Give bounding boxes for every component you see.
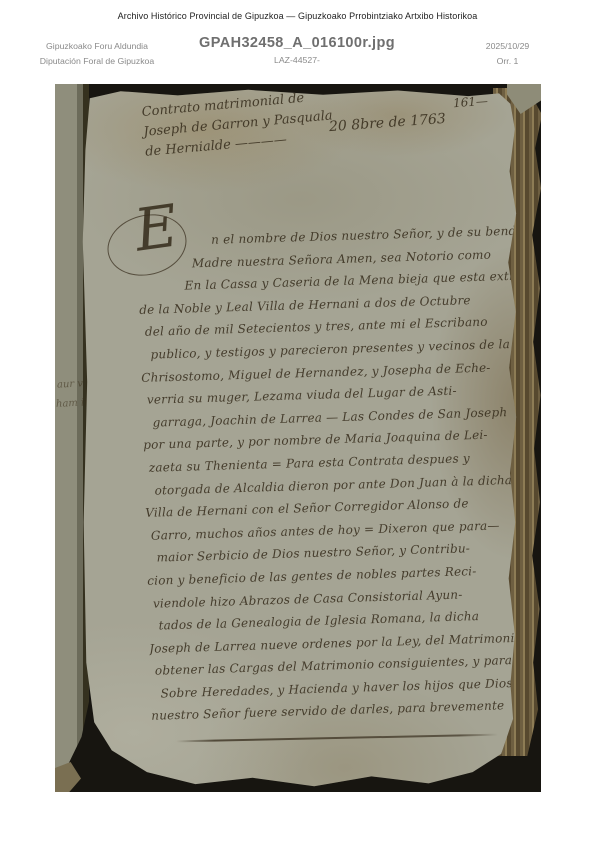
ghost-ink-1: aur v [57, 378, 84, 390]
folio-number: 161— [453, 94, 489, 110]
page-number: Orr. 1 [440, 54, 575, 69]
facing-page-sliver [55, 84, 89, 786]
file-name: GPAH32458_A_016100r.jpg [182, 35, 412, 51]
date-page-block: 2025/10/29 Orr. 1 [440, 39, 575, 69]
print-date: 2025/10/29 [440, 39, 575, 54]
document-page: Archivo Histórico Provincial de Gipuzkoa… [0, 0, 595, 842]
institution-basque: Gipuzkoako Foru Aldundia [12, 39, 182, 54]
archive-title: Archivo Histórico Provincial de Gipuzkoa… [0, 11, 595, 21]
manuscript-scan: aur v ham in 161— Contrato matrimonial d… [55, 84, 541, 792]
institution-block: Gipuzkoako Foru Aldundia Diputación Fora… [12, 39, 182, 69]
institution-spanish: Diputación Foral de Gipuzkoa [12, 54, 182, 69]
reference-code: LAZ-44527- [182, 55, 412, 65]
page-fragment [55, 762, 81, 792]
ghost-ink-2: ham in [56, 397, 91, 410]
manuscript-sheet: 161— Contrato matrimonial de Joseph de G… [81, 87, 521, 789]
manuscript-body: n el nombre de Dios nuestro Señor, y de … [137, 223, 541, 732]
file-info-block: GPAH32458_A_016100r.jpg LAZ-44527- [182, 35, 412, 65]
closing-flourish-rule [176, 734, 498, 743]
